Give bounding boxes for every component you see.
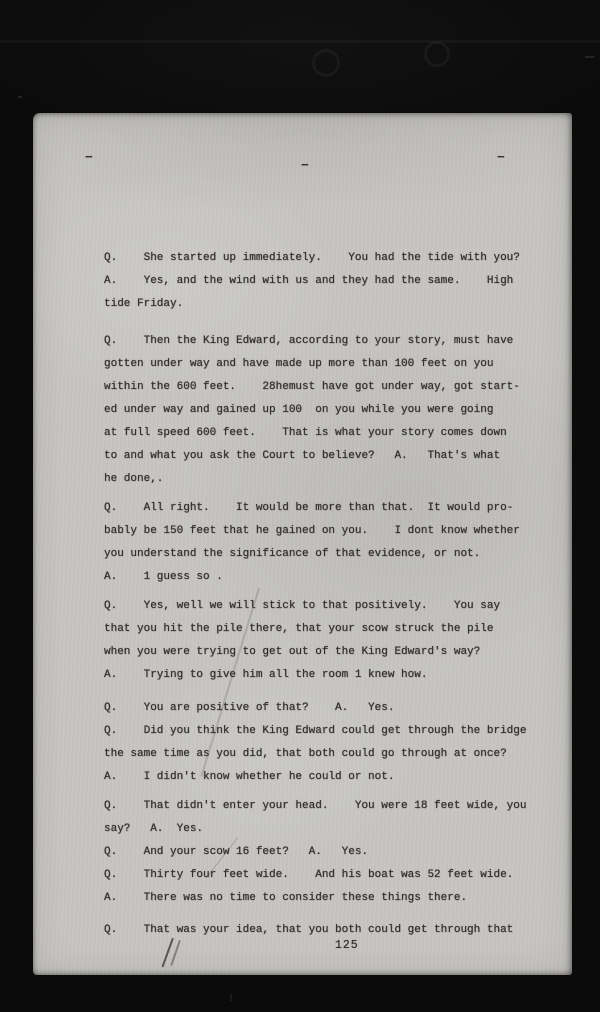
film-speck xyxy=(230,994,232,1001)
qa-block: Q. Then the King Edward, according to yo… xyxy=(104,330,520,491)
qa-block: Q. That was your idea, that you both cou… xyxy=(104,919,513,942)
film-scratch-band xyxy=(0,40,600,43)
qa-block: Q. She started up immediately. You had t… xyxy=(104,247,520,316)
scanned-page: - - - Q. She started up immediately. You… xyxy=(33,113,572,975)
qa-block: Q. Yes, well we will stick to that posit… xyxy=(104,595,500,687)
reel-mark-icon xyxy=(312,49,340,77)
film-speck xyxy=(585,56,594,58)
reel-mark-icon xyxy=(424,41,450,67)
qa-block: Q. All right. It would be more than that… xyxy=(104,497,520,589)
page-number: 125 xyxy=(335,939,359,952)
typed-dash-mark: - xyxy=(82,149,96,164)
microfilm-frame: { "colors": { "film_background": "#0b0b0… xyxy=(0,0,600,1012)
film-speck xyxy=(18,96,22,98)
qa-block: Q. You are positive of that? A. Yes. Q. … xyxy=(104,697,526,789)
film-background: - - - Q. She started up immediately. You… xyxy=(0,0,600,1012)
qa-block: Q. That didn't enter your head. You were… xyxy=(104,795,526,910)
typed-dash-mark: - xyxy=(494,149,508,164)
typed-dash-mark: - xyxy=(298,157,312,172)
